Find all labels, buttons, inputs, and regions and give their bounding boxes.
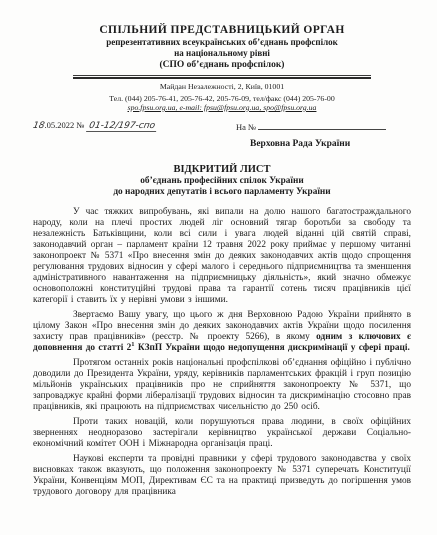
org-address: Майдан Незалежності, 2, Київ, 01001	[33, 82, 411, 91]
paragraph-text: Проти таких новацій, коли порушуються пр…	[33, 417, 411, 449]
org-abbr: (СПО об’єднань профспілок)	[33, 59, 411, 72]
body-paragraph: Протягом останніх років національні проф…	[33, 358, 411, 413]
handwritten-date-day: 18	[32, 121, 45, 131]
divider-thin-line	[73, 75, 371, 76]
org-name: СПІЛЬНИЙ ПРЕДСТАВНИЦЬКИЙ ОРГАН	[33, 24, 411, 37]
addressee: Верховна Рада України	[250, 139, 411, 149]
letter-title-line1: ВІДКРИТИЙ ЛИСТ	[33, 163, 411, 176]
outgoing-ref: 18.05.2022 № 01-12/197-спо	[33, 120, 157, 132]
letter-title-line3: до народних депутатів і всього парламент…	[33, 187, 411, 198]
reply-number-blank	[258, 121, 386, 130]
paragraph-text: Протягом останніх років національні проф…	[33, 358, 411, 412]
printed-date: .05.2022	[44, 120, 74, 130]
letterhead: СПІЛЬНИЙ ПРЕДСТАВНИЦЬКИЙ ОРГАН репрезент…	[33, 24, 411, 72]
body-paragraph: Звертаємо Вашу увагу, що цього ж дня Вер…	[33, 310, 411, 354]
handwritten-ref-number: 01-12/197-спо	[86, 121, 158, 132]
body-paragraph: Наукові експерти та провідні правники у …	[33, 454, 411, 498]
scanned-letter-page: СПІЛЬНИЙ ПРЕДСТАВНИЦЬКИЙ ОРГАН репрезент…	[0, 0, 437, 535]
paragraph-text: У час тяжких випробувань, які випали на …	[33, 207, 411, 305]
reference-row: 18.05.2022 № 01-12/197-спо На №	[33, 120, 411, 132]
paragraph-text: Наукові експерти та провідні правники у …	[33, 454, 411, 497]
org-phones: Тел. (044) 205-76-41, 205-76-42, 205-76-…	[33, 94, 411, 103]
incoming-ref: На №	[236, 121, 411, 132]
contact-block: Майдан Незалежності, 2, Київ, 01001 Тел.…	[33, 82, 411, 112]
paragraph-text-bold: КЗпП України щодо недопущення дискриміна…	[135, 343, 410, 353]
divider-thick-line	[73, 77, 371, 79]
letterhead-divider	[73, 75, 371, 79]
letter-title: ВІДКРИТИЙ ЛИСТ об’єднань професійних спі…	[33, 163, 411, 198]
letter-title-line2: об’єднань професійних спілок України	[33, 176, 411, 187]
org-subtitle2: на національному рівні	[33, 48, 411, 59]
reply-label: На №	[236, 122, 256, 132]
org-web-email: spo.fpsu.org.ua, e-mail: fpsu@fpsu.org.u…	[33, 103, 411, 112]
number-label: №	[76, 120, 84, 130]
org-subtitle1: репрезентативних всеукраїнських об’єднан…	[33, 37, 411, 48]
body-paragraphs: У час тяжких випробувань, які випали на …	[33, 207, 411, 498]
body-paragraph: У час тяжких випробувань, які випали на …	[33, 207, 411, 306]
body-paragraph: Проти таких новацій, коли порушуються пр…	[33, 417, 411, 450]
